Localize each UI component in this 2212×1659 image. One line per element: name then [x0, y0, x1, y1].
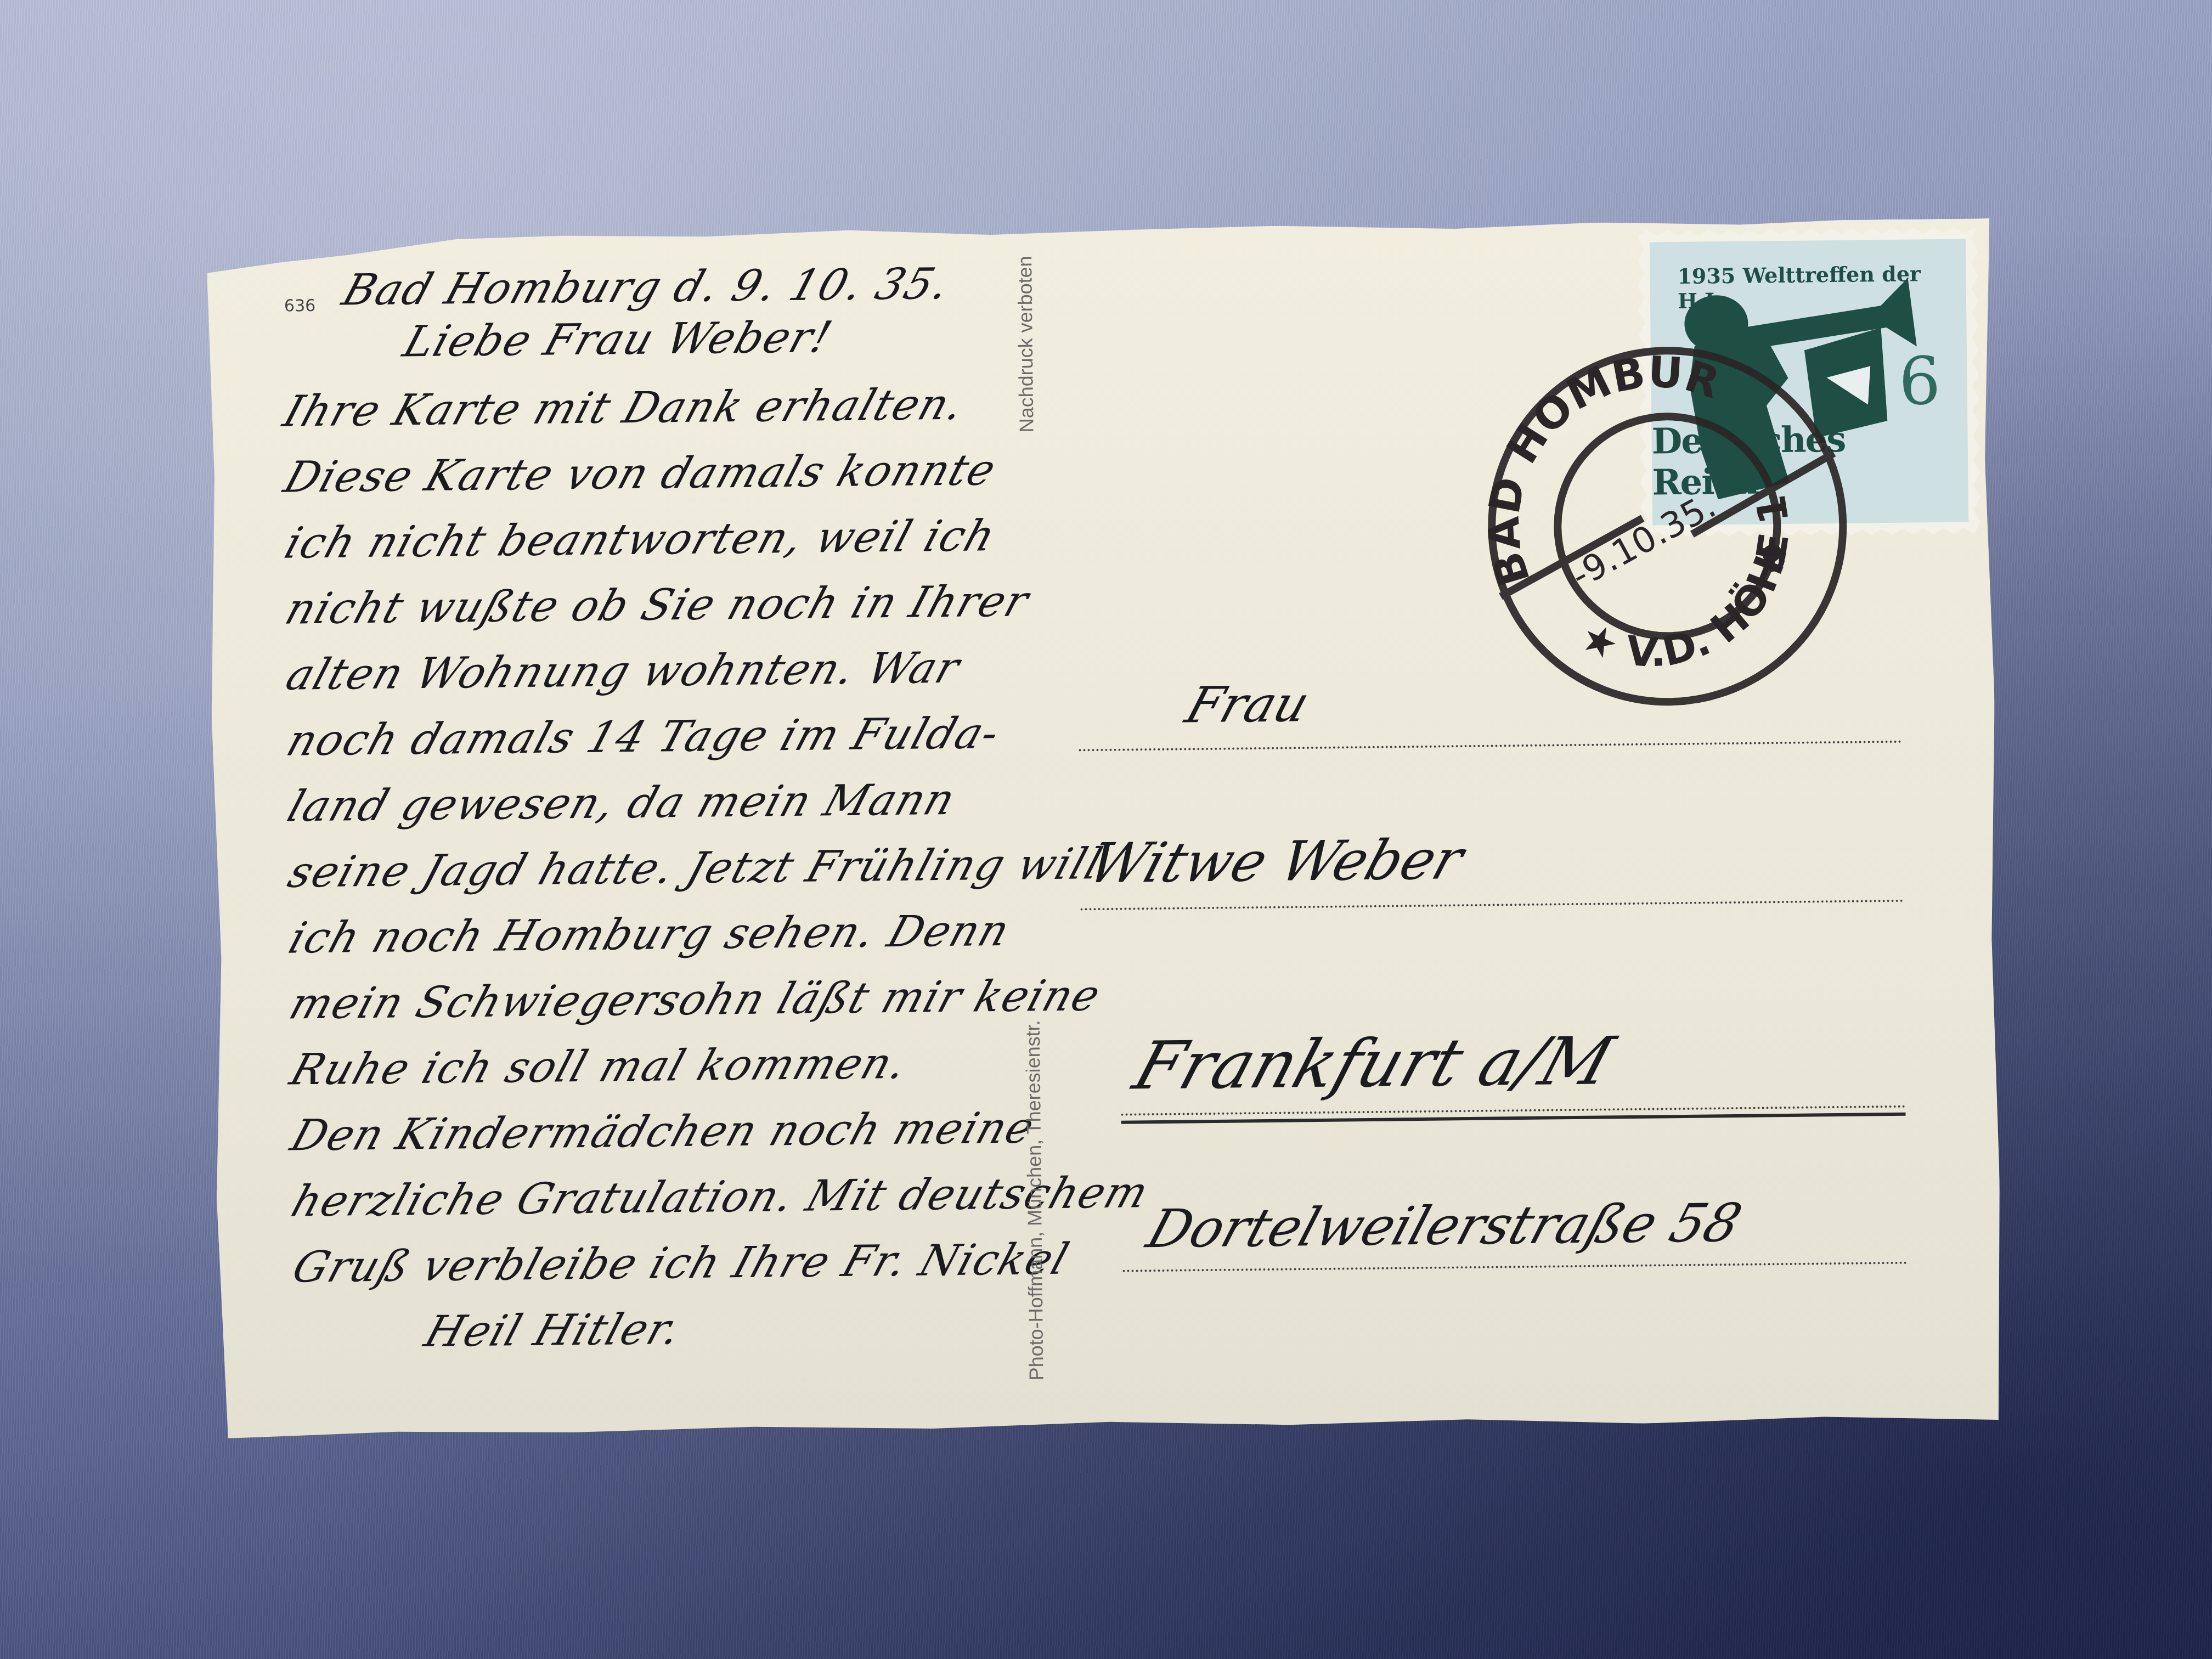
serial-number: 636	[284, 296, 316, 316]
message-line: Bad Homburg d. 9. 10. 35.	[337, 259, 957, 315]
stamp-value: 6	[1898, 343, 1941, 420]
message-line: Gruß verbleibe ich Ihre Fr. Nickel	[286, 1235, 1075, 1293]
message-line: seine Jagd hatte. Jetzt Frühling will	[283, 839, 1109, 898]
postcard: 636 Bad Homburg d. 9. 10. 35. Liebe Frau…	[207, 218, 2002, 1438]
message-line: Liebe Frau Weber!	[397, 313, 838, 366]
message-line: Ruhe ich soll mal kommen.	[284, 1039, 913, 1095]
address-city: Frankfurt a/M	[1125, 1023, 1622, 1104]
reprint-notice: Nachdruck verboten	[1013, 256, 1048, 433]
postmark-date: -9.10.35.	[1565, 486, 1723, 597]
message-line: land gewesen, da mein Mann	[281, 775, 962, 832]
handwritten-message: Bad Homburg d. 9. 10. 35. Liebe Frau Web…	[251, 239, 1085, 247]
address-salutation: Frau	[1179, 675, 1316, 735]
message-line: ich noch Homburg sehen. Denn	[283, 906, 1016, 963]
message-line: Ihre Karte mit Dank erhalten.	[278, 380, 971, 437]
message-line: nicht wußte ob Sie noch in Ihrer	[280, 577, 1036, 634]
stamp-title: 1935 Welttreffen der H.J.	[1677, 261, 1966, 313]
postmark-cancellation: BAD HOMBURG ★ V.D. HÖHE 1 -9.10.35. 6	[1476, 335, 1859, 718]
address-line-rule	[1079, 741, 1901, 752]
message-line: Den Kindermädchen noch meine	[285, 1103, 1041, 1160]
address-line-rule	[1081, 900, 1904, 911]
message-line: noch damals 14 Tage im Fulda-	[281, 709, 1006, 766]
message-line: mein Schwiegersohn läßt mir keine	[284, 971, 1107, 1029]
message-line: Heil Hitler.	[419, 1305, 687, 1357]
message-line: ich nicht beantworten, weil ich	[279, 511, 1002, 568]
address-street: Dortelweilerstraße 58	[1140, 1192, 1749, 1260]
address-line-rule	[1122, 1262, 1907, 1272]
address-name: Witwe Weber	[1081, 827, 1471, 895]
message-line: Diese Karte von damals konnte	[278, 445, 1002, 503]
publisher-name: Photo-Hoffmann, München, Theresienstr.	[1022, 1020, 1058, 1381]
message-line: alten Wohnung wohnten. War	[280, 644, 966, 700]
